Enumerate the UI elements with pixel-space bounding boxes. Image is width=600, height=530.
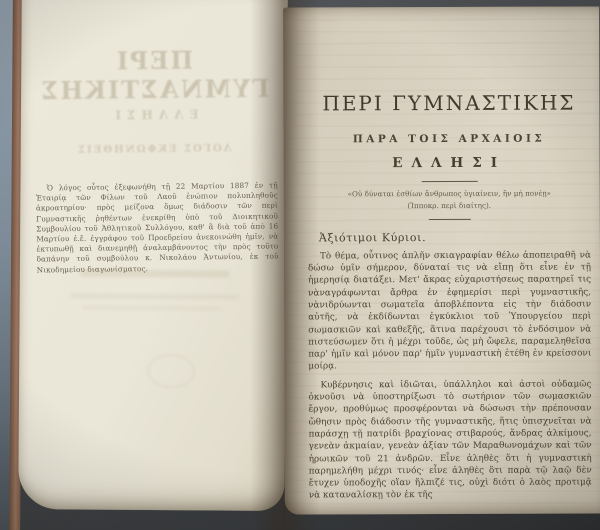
body-paragraph-2: Κυβέρνησις καὶ ἰδιῶται, ὑπάλληλοι καὶ ἀσ… <box>308 378 591 502</box>
showthrough-smudge <box>70 293 240 299</box>
page-subtitle-2: ΕΛΛΗΣΙ <box>308 154 591 171</box>
book-photo: ΠΕΡΙ ΓΥΜΝΑΣΤΙΚΗΣ ΕΛΛΗΣΙ ΛΟΓΟΣ ΕΚΦΩΝΗΘΕΙΣ… <box>0 0 600 530</box>
epigraph-source: (Ἱπποκρ. περὶ διαίτης). <box>308 200 591 210</box>
showthrough-line-text: ΛΟΓΟΣ ΕΚΦΩΝΗΘΕΙΣ <box>21 143 287 157</box>
right-page: ΠΕΡΙ ΓΥΜΝΑΣΤΙΚΗΣ ΠΑΡΑ ΤΟΙΣ ΑΡΧΑΙΟΙΣ ΕΛΛΗ… <box>283 6 600 514</box>
left-page: ΠΕΡΙ ΓΥΜΝΑΣΤΙΚΗΣ ΕΛΛΗΣΙ ΛΟΓΟΣ ΕΚΦΩΝΗΘΕΙΣ… <box>18 0 288 511</box>
ornament-rule-2 <box>428 219 470 220</box>
salutation: Ἀξιότιμοι Κύριοι. <box>308 230 591 244</box>
showthrough-subtitle-text: ΕΛΛΗΣΙ <box>21 107 287 124</box>
page-title: ΠΕΡΙ ΓΥΜΝΑΣΤΙΚΗΣ <box>307 90 590 115</box>
epigraph-quote: «Οὐ δύναται ἐσθίων ἄνθρωπος ὑγιαίνειν, ἢ… <box>308 188 591 200</box>
body-paragraph-1: Τὸ θέμα, οὗτινος ἁπλῆν σκιαγραφίαν θέλω … <box>308 249 591 373</box>
showthrough-smudge <box>82 306 222 311</box>
showthrough-stamp <box>147 354 195 388</box>
page-subtitle: ΠΑΡΑ ΤΟΙΣ ΑΡΧΑΙΟΙΣ <box>308 132 591 145</box>
page-content: ΠΕΡΙ ΓΥΜΝΑΣΤΙΚΗΣ ΠΑΡΑ ΤΟΙΣ ΑΡΧΑΙΟΙΣ ΕΛΛΗ… <box>307 6 592 502</box>
showthrough-title-text: ΠΕΡΙ ΓΥΜΝΑΣΤΙΚΗΣ <box>21 45 288 106</box>
ornament-rule <box>421 181 477 182</box>
footnote-paragraph: Ὁ λόγος οὗτος ἐξεφωνήθη τῇ 22 Μαρτίου 18… <box>36 181 279 276</box>
